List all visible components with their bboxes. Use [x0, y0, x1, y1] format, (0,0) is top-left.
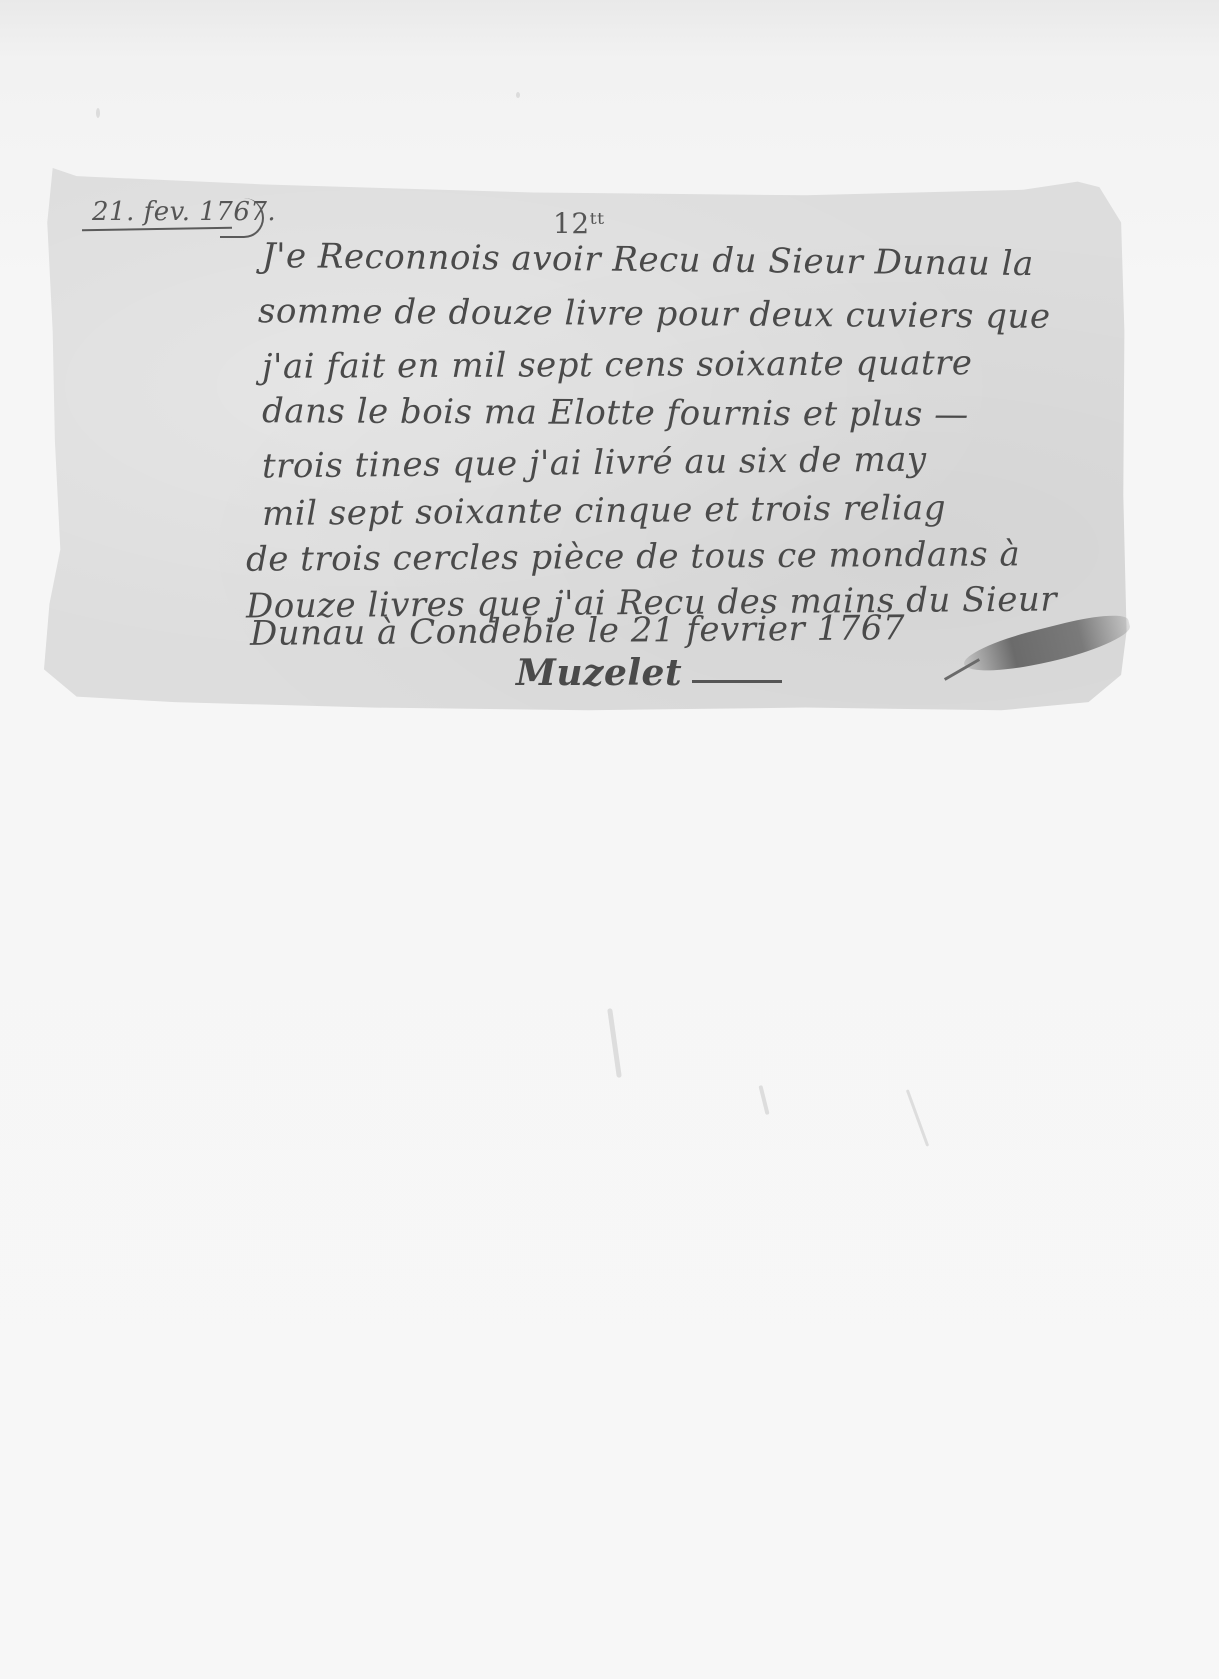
dust-speck	[516, 92, 520, 98]
receipt-line-9: Dunau à Condebie le 21 fevrier 1767	[250, 611, 905, 651]
receipt-line-2: somme de douze livre pour deux cuviers q…	[258, 294, 1051, 334]
receipt-line-5: trois tines que j'ai livré au six de may	[262, 443, 927, 484]
scanned-page: 21. fev. 1767. 12ᵗᵗ J'e Reconnois avoir …	[0, 0, 1219, 1679]
receipt-line-7: de trois cercles pièce de tous ce mondan…	[246, 537, 1020, 576]
margin-note-bracket	[220, 198, 264, 238]
amount-label: 12ᵗᵗ	[553, 207, 604, 240]
signature-flourish	[692, 680, 782, 683]
dust-speck	[96, 108, 100, 118]
dust-speck	[758, 1085, 769, 1115]
receipt-line-1: J'e Reconnois avoir Recu du Sieur Dunau …	[262, 239, 1034, 281]
dust-speck	[906, 1089, 929, 1146]
signature: Muzelet	[516, 652, 682, 694]
dust-speck	[607, 1008, 622, 1078]
receipt-line-6: mil sept soixante cinque et trois reliag	[262, 491, 946, 531]
receipt-line-4: dans le bois ma Elotte fournis et plus —	[262, 394, 969, 432]
receipt-line-3: j'ai fait en mil sept cens soixante quat…	[262, 346, 973, 384]
